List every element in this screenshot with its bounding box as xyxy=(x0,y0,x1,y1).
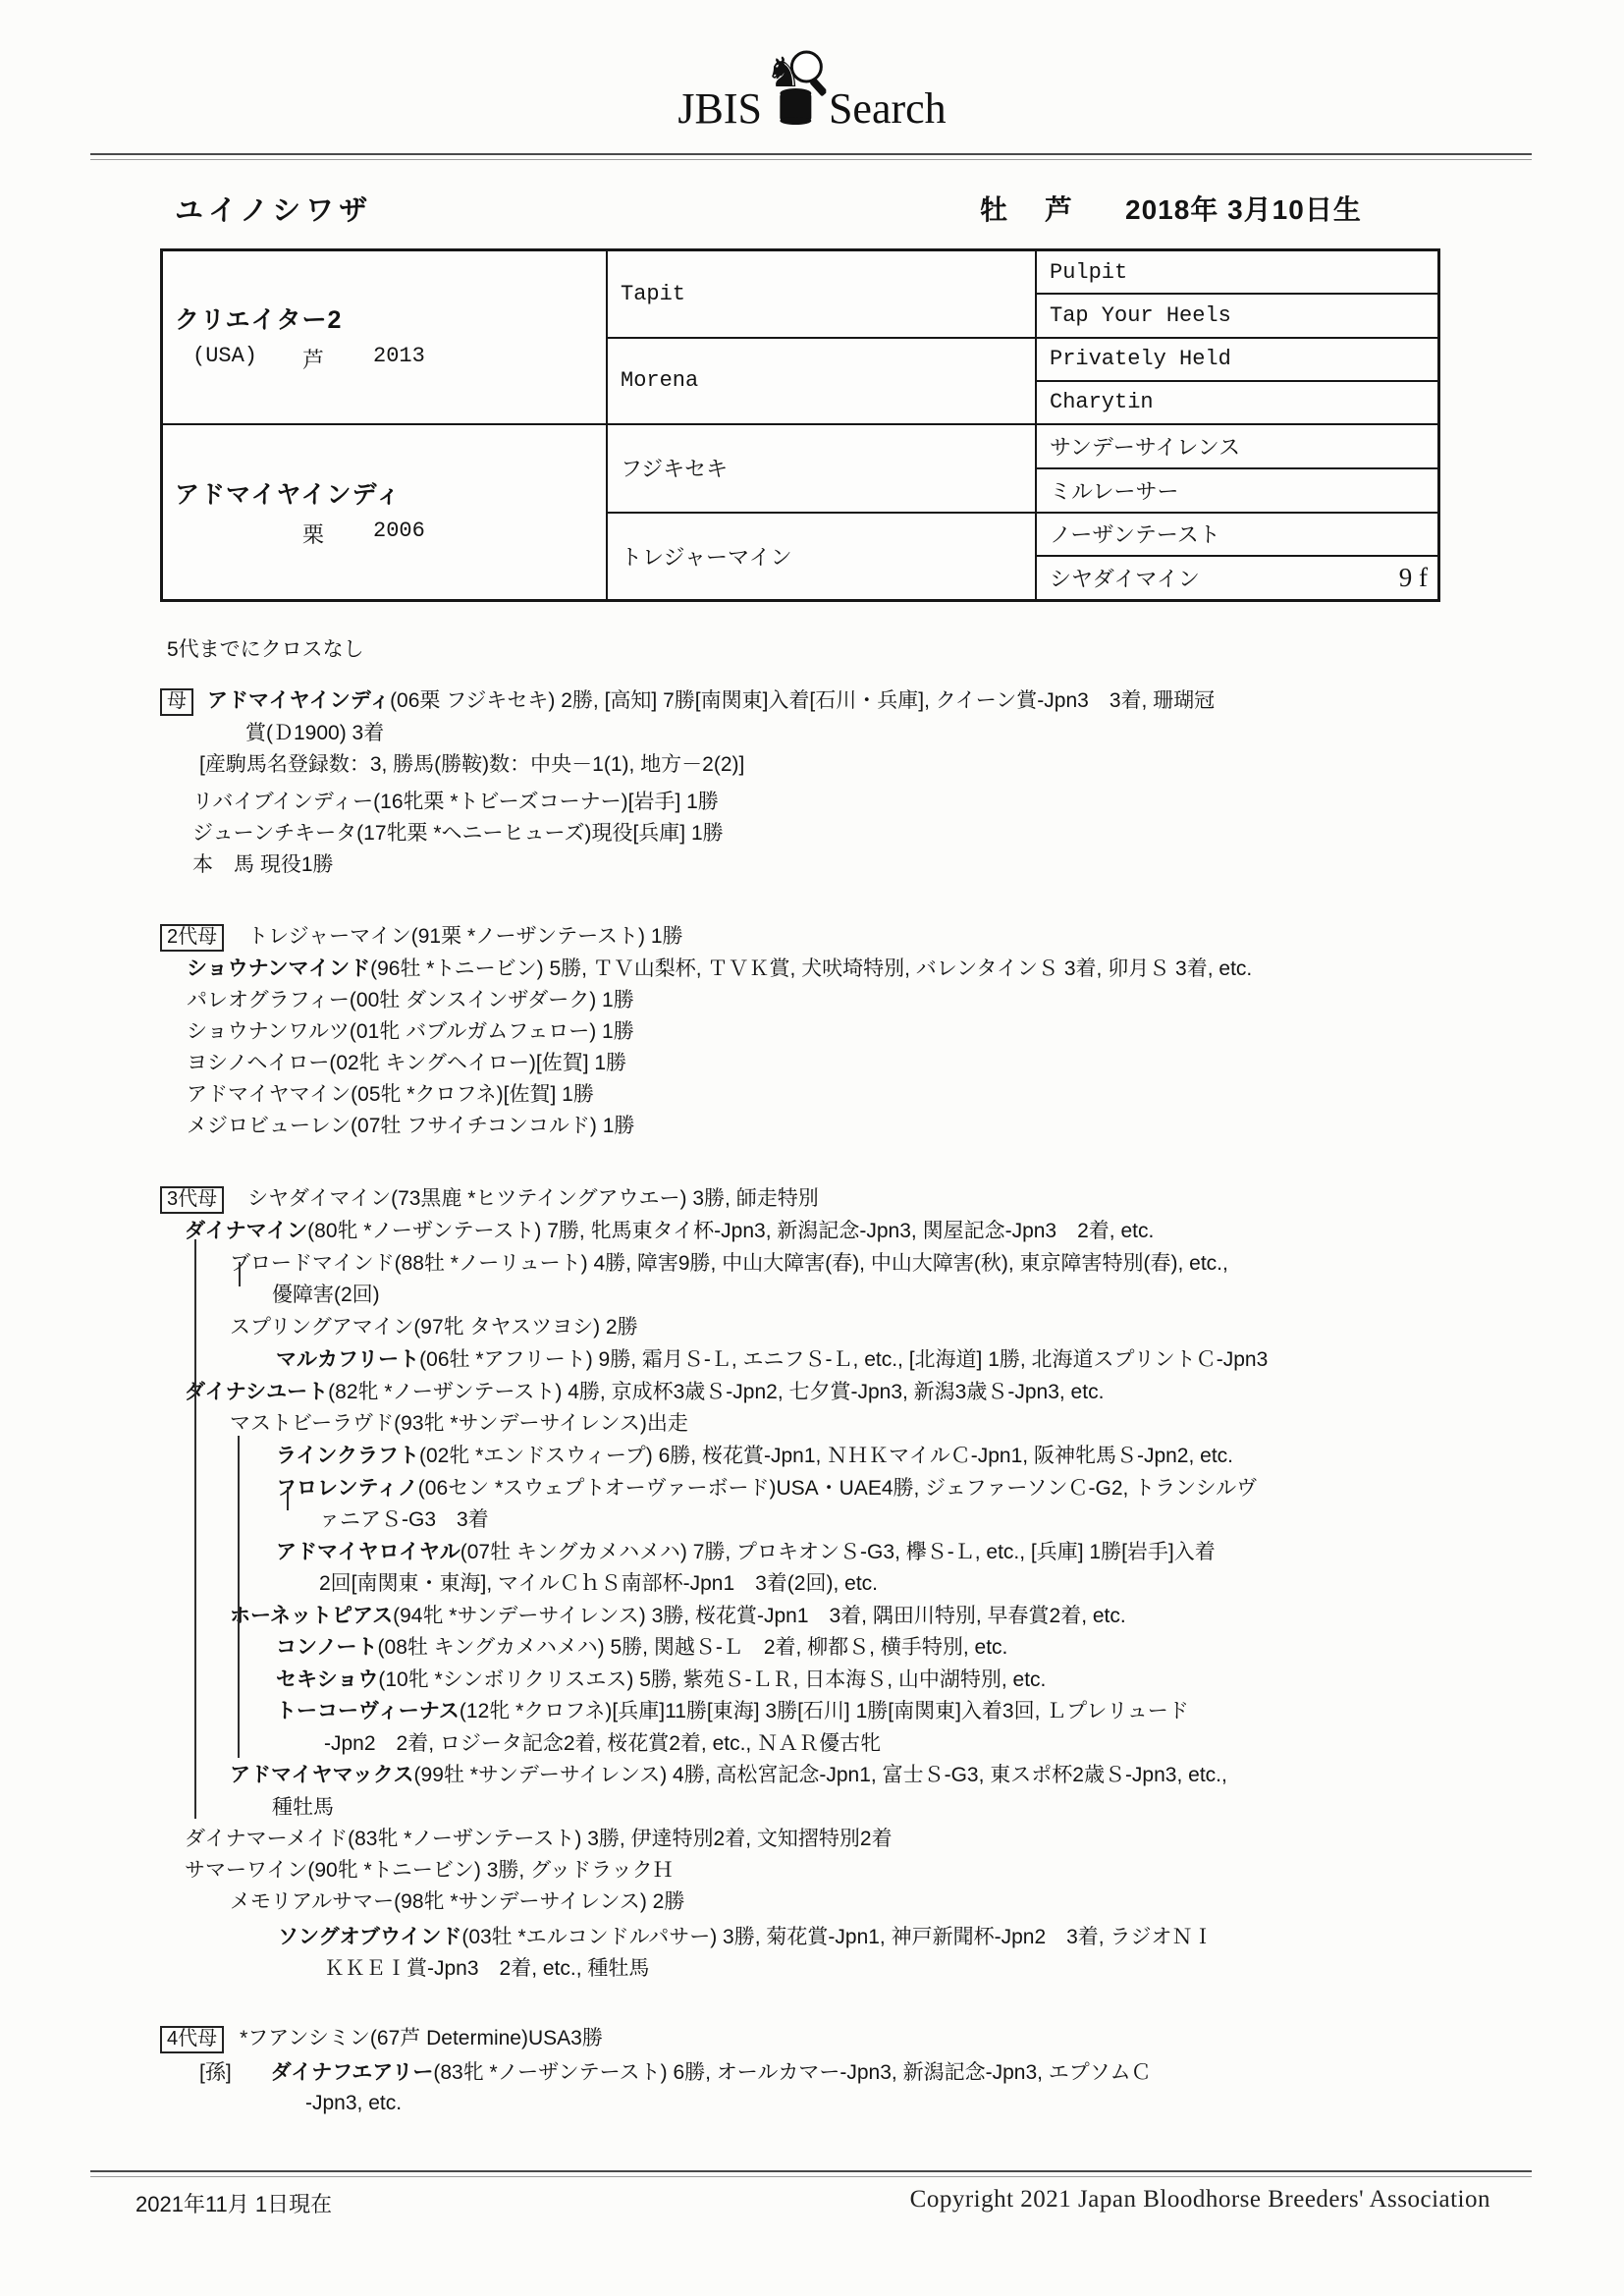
jbis-logo: JBIS ♞ Search xyxy=(677,47,946,131)
horse-name-bold: フロレンティノ xyxy=(276,1477,418,1500)
pedigree-text: サマーワイン(90牝 *トニービン) 3勝, グッドラックＨ xyxy=(185,1859,674,1882)
pedigree-line: 種牡馬 xyxy=(272,1794,334,1821)
cross-note: 5代までにクロスなし xyxy=(167,633,364,663)
pedigree-text: ＫＫＥＩ賞-Jpn3 2着, etc., 種牡馬 xyxy=(324,1957,649,1980)
pedigree-text: 種牡馬 xyxy=(272,1796,334,1819)
pedigree-cell-dam-dam-sire: ノーザンテースト xyxy=(1037,514,1437,558)
family-number: 9 f xyxy=(1399,563,1428,593)
horse-name-bold: ソングオブウインド xyxy=(278,1926,461,1948)
dam-coat: 栗 xyxy=(302,519,373,549)
sire-name: クリエイター2 xyxy=(163,301,606,336)
pedigree-line: ホーネットピアス(94牝 *サンデーサイレンス) 3勝, 桜花賞-Jpn1 3着… xyxy=(230,1603,1126,1629)
horse-coat: 芦 xyxy=(1045,189,1072,228)
pedigree-text: (10牝 *シンボリクリスエス) 5勝, 紫苑Ｓ-ＬＲ, 日本海Ｓ, 山中湖特別… xyxy=(378,1668,1046,1691)
pedigree-line: ショウナンマインド(96牡 *トニービン) 5勝, ＴＶ山梨杯, ＴＶＫ賞, 犬… xyxy=(187,956,1252,982)
pedigree-line: アドマイヤマックス(99牡 *サンデーサイレンス) 4勝, 高松宮記念-Jpn1… xyxy=(230,1762,1227,1788)
top-double-rule xyxy=(90,153,1532,160)
pedigree-text: (80牝 *ノーザンテースト) 7勝, 牝馬東タイ杯-Jpn3, 新潟記念-Jp… xyxy=(307,1220,1154,1242)
pedigree-text: (06栗 フジキセキ) 2勝, [高知] 7勝[南関東]入着[石川・兵庫], ク… xyxy=(390,689,1215,712)
pedigree-text: 優障害(2回) xyxy=(272,1284,380,1306)
pedigree-cell-dam-sire-sire: サンデーサイレンス xyxy=(1037,425,1437,469)
pedigree-cell-sire-dam-dam: Charytin xyxy=(1037,382,1437,423)
tree-connector-line xyxy=(287,1487,289,1510)
pedigree-line: ラインクラフト(02牝 *エンドスウィープ) 6勝, 桜花賞-Jpn1, ＮＨＫ… xyxy=(276,1443,1233,1469)
pedigree-line: ヨシノヘイロー(02牝 キングヘイロー)[佐賀] 1勝 xyxy=(187,1050,626,1076)
pedigree-line: アドマイヤマイン(05牝 *クロフネ)[佐賀] 1勝 xyxy=(187,1081,594,1108)
pedigree-line: ァニアＳ-G3 3着 xyxy=(319,1506,489,1533)
pedigree-text: (12牝 *クロフネ)[兵庫]11勝[東海] 3勝[石川] 1勝[南関東]入着3… xyxy=(460,1700,1189,1722)
pedigree-text: マストビーラヴド(93牝 *サンデーサイレンス)出走 xyxy=(230,1412,688,1435)
pedigree-text: アドマイヤマイン(05牝 *クロフネ)[佐賀] 1勝 xyxy=(187,1083,594,1106)
pedigree-text: *フアンシミン(67芦 Determine)USA3勝 xyxy=(240,2027,603,2050)
pedigree-cell-dam: アドマイヤインディ 栗 2006 xyxy=(163,425,608,599)
pedigree-line: アドマイヤロイヤル(07牡 キングカメハメハ) 7勝, プロキオンＳ-G3, 欅… xyxy=(276,1539,1216,1565)
horse-name-bold: ラインクラフト xyxy=(276,1445,419,1467)
pedigree-line: ＫＫＥＩ賞-Jpn3 2着, etc., 種牡馬 xyxy=(324,1955,649,1982)
sire-subinfo: (USA) 芦 2013 xyxy=(163,344,606,374)
horse-name-bold: ショウナンマインド xyxy=(187,957,370,980)
pedigree-line: ジューンチキータ(17牝栗 *ヘニーヒューズ)現役[兵庫] 1勝 xyxy=(192,820,724,847)
pedigree-table: クリエイター2 (USA) 芦 2013 Tapit Morena Pulpit… xyxy=(160,248,1440,602)
horse-profile: 牡 芦 2018年 3月10日生 xyxy=(980,189,1362,228)
dam-subinfo: 栗 2006 xyxy=(163,519,606,549)
horse-name-bold: マルカフリート xyxy=(276,1348,419,1371)
logo-search-text: Search xyxy=(829,87,947,131)
dam-name: アドマイヤインディ xyxy=(163,475,606,511)
pedigree-line: ショウナンワルツ(01牝 バブルガムフェロー) 1勝 xyxy=(187,1018,634,1045)
sire-coat: 芦 xyxy=(302,344,373,374)
pedigree-line: セキショウ(10牝 *シンボリクリスエス) 5勝, 紫苑Ｓ-ＬＲ, 日本海Ｓ, … xyxy=(276,1667,1046,1693)
pedigree-line: パレオグラフィー(00牡 ダンスインザダーク) 1勝 xyxy=(187,987,634,1013)
pedigree-cell-sire-sire-sire: Pulpit xyxy=(1037,251,1437,295)
horse-name-bold: ダイナマイン xyxy=(185,1220,307,1242)
pedigree-line: 賞(Ｄ1900) 3着 xyxy=(245,720,384,746)
pedigree-line: コンノート(08牡 キングカメハメハ) 5勝, 関越Ｓ-Ｌ 2着, 柳都Ｓ, 横… xyxy=(276,1634,1007,1661)
pedigree-line: [孫]ダイナフエアリー(83牝 *ノーザンテースト) 6勝, オールカマー-Jp… xyxy=(199,2059,1152,2086)
horse-name-bold: コンノート xyxy=(276,1636,378,1659)
tree-connector-line xyxy=(194,1239,196,1819)
pedigree-line: 3代母シヤダイマイン(73黒鹿 *ヒツテイングアウエー) 3勝, 師走特別 xyxy=(160,1185,819,1214)
page-title-horse-name: ユイノシワザ xyxy=(175,189,372,229)
pedigree-text: スプリングアマイン(97牝 タヤスツヨシ) 2勝 xyxy=(230,1316,638,1339)
footer-double-rule xyxy=(90,2170,1532,2177)
pedigree-line: ブロードマインド(88牡 *ノーリュート) 4勝, 障害9勝, 中山大障害(春)… xyxy=(230,1250,1228,1277)
horse-name-bold: ホーネットピアス xyxy=(230,1605,393,1627)
pedigree-line: -Jpn2 2着, ロジータ記念2着, 桜花賞2着, etc., ＮＡＲ優古牝 xyxy=(324,1730,881,1757)
generation-label: 3代母 xyxy=(160,1186,224,1214)
pedigree-sire-half: クリエイター2 (USA) 芦 2013 Tapit Morena Pulpit… xyxy=(163,251,1437,425)
pedigree-line: 優障害(2回) xyxy=(272,1282,380,1308)
pedigree-text: -Jpn2 2着, ロジータ記念2着, 桜花賞2着, etc., ＮＡＲ優古牝 xyxy=(324,1732,881,1755)
pedigree-cell-sire-sire: Tapit xyxy=(608,251,1035,339)
pedigree-line: リバイブインディー(16牝栗 *トビーズコーナー)[岩手] 1勝 xyxy=(192,789,719,815)
pedigree-text: (99牡 *サンデーサイレンス) 4勝, 高松宮記念-Jpn1, 富士Ｓ-G3,… xyxy=(414,1764,1227,1786)
generation-label: 2代母 xyxy=(160,924,224,952)
dam-origin xyxy=(192,519,302,549)
generation-label: 母 xyxy=(160,688,193,716)
pedigree-line: 母アドマイヤインディ(06栗 フジキセキ) 2勝, [高知] 7勝[南関東]入着… xyxy=(160,687,1215,716)
pedigree-text: ダイナマーメイド(83牝 *ノーザンテースト) 3勝, 伊達特別2着, 文知摺特… xyxy=(185,1828,893,1850)
pedigree-line: トーコーヴィーナス(12牝 *クロフネ)[兵庫]11勝[東海] 3勝[石川] 1… xyxy=(276,1698,1189,1724)
pedigree-text: (06牡 *アフリート) 9勝, 霜月Ｓ-Ｌ, エニフＳ-Ｌ, etc., [北… xyxy=(419,1348,1268,1371)
logo-horse-magnifier-icon: ♞ xyxy=(765,47,826,131)
pedigree-text: ジューンチキータ(17牝栗 *ヘニーヒューズ)現役[兵庫] 1勝 xyxy=(192,822,724,845)
horse-name-bold: トーコーヴィーナス xyxy=(276,1700,460,1722)
pedigree-text: (06セン *スウェプトオーヴァーボード)USA・UAE4勝, ジェファーソンＣ… xyxy=(418,1477,1257,1500)
pedigree-line: 2代母トレジャーマイン(91栗 *ノーザンテースト) 1勝 xyxy=(160,923,683,952)
pedigree-text: メジロビューレン(07牡 フサイチコンコルド) 1勝 xyxy=(187,1115,634,1137)
sire-year: 2013 xyxy=(373,344,425,374)
pedigree-text: 本 馬 現役1勝 xyxy=(192,853,334,876)
pedigree-text: メモリアルサマー(98牝 *サンデーサイレンス) 2勝 xyxy=(230,1890,684,1913)
dam-year: 2006 xyxy=(373,519,425,549)
pedigree-line: 2回[南関東・東海], マイルＣｈＳ南部杯-Jpn1 3着(2回), etc. xyxy=(319,1570,878,1597)
pedigree-line: 本 馬 現役1勝 xyxy=(192,851,334,878)
footer-date: 2021年11月 1日現在 xyxy=(135,2188,332,2218)
pedigree-line: -Jpn3, etc. xyxy=(305,2090,402,2116)
pedigree-cell-sire-dam: Morena xyxy=(608,339,1035,424)
pedigree-line: ダイナマイン(80牝 *ノーザンテースト) 7勝, 牝馬東タイ杯-Jpn3, 新… xyxy=(185,1218,1154,1244)
pedigree-text: 賞(Ｄ1900) 3着 xyxy=(245,722,384,744)
pedigree-text: ァニアＳ-G3 3着 xyxy=(319,1508,489,1531)
horse-name-bold: アドマイヤインディ xyxy=(207,689,390,712)
generation-label: 4代母 xyxy=(160,2026,224,2053)
horse-name-bold: ダイナシユート xyxy=(185,1381,328,1403)
pedigree-line: ソングオブウインド(03牡 *エルコンドルパサー) 3勝, 菊花賞-Jpn1, … xyxy=(278,1924,1213,1950)
pedigree-text: [産駒馬名登録数：3, 勝馬(勝鞍)数：中央－1(1), 地方－2(2)] xyxy=(199,753,744,776)
footer-copyright: Copyright 2021 Japan Bloodhorse Breeders… xyxy=(910,2186,1490,2214)
tree-connector-line xyxy=(239,1262,241,1286)
horse-birthdate: 2018年 3月10日生 xyxy=(1125,189,1362,228)
pedigree-line: マルカフリート(06牡 *アフリート) 9勝, 霜月Ｓ-Ｌ, エニフＳ-Ｌ, e… xyxy=(276,1346,1268,1373)
pedigree-cell-sire-dam-sire: Privately Held xyxy=(1037,339,1437,382)
sire-origin: (USA) xyxy=(192,344,302,374)
pedigree-text: (07牡 キングカメハメハ) 7勝, プロキオンＳ-G3, 欅Ｓ-Ｌ, etc.… xyxy=(460,1541,1216,1563)
pedigree-line: ダイナシユート(82牝 *ノーザンテースト) 4勝, 京成杯3歳Ｓ-Jpn2, … xyxy=(185,1379,1104,1405)
horse-name-bold: アドマイヤロイヤル xyxy=(276,1541,460,1563)
pedigree-cell-sire: クリエイター2 (USA) 芦 2013 xyxy=(163,251,608,423)
pedigree-line: マストビーラヴド(93牝 *サンデーサイレンス)出走 xyxy=(230,1410,688,1437)
pedigree-cell-dam-dam: トレジャーマイン xyxy=(608,514,1035,600)
pedigree-cell-sire-sire-dam: Tap Your Heels xyxy=(1037,295,1437,338)
tree-connector-line xyxy=(238,1436,240,1758)
pedigree-line: メモリアルサマー(98牝 *サンデーサイレンス) 2勝 xyxy=(230,1888,684,1915)
pedigree-text: (03牡 *エルコンドルパサー) 3勝, 菊花賞-Jpn1, 神戸新聞杯-Jpn… xyxy=(461,1926,1213,1948)
horse-name-bold: セキショウ xyxy=(276,1668,378,1691)
pedigree-line: サマーワイン(90牝 *トニービン) 3勝, グッドラックＨ xyxy=(185,1857,674,1884)
pedigree-text: -Jpn3, etc. xyxy=(305,2092,402,2114)
pedigree-text: (83牝 *ノーザンテースト) 6勝, オールカマー-Jpn3, 新潟記念-Jp… xyxy=(433,2061,1151,2084)
pedigree-text: (02牝 *エンドスウィープ) 6勝, 桜花賞-Jpn1, ＮＨＫマイルＣ-Jp… xyxy=(419,1445,1233,1467)
pedigree-text: 2回[南関東・東海], マイルＣｈＳ南部杯-Jpn1 3着(2回), etc. xyxy=(319,1572,878,1595)
logo-jbis-text: JBIS xyxy=(677,87,762,131)
pedigree-text: (08牡 キングカメハメハ) 5勝, 関越Ｓ-Ｌ 2着, 柳都Ｓ, 横手特別, … xyxy=(378,1636,1008,1659)
pedigree-line: ダイナマーメイド(83牝 *ノーザンテースト) 3勝, 伊達特別2着, 文知摺特… xyxy=(185,1826,893,1852)
pedigree-dam-half: アドマイヤインディ 栗 2006 フジキセキ トレジャーマイン サンデーサイレン… xyxy=(163,425,1437,599)
pedigree-line: フロレンティノ(06セン *スウェプトオーヴァーボード)USA・UAE4勝, ジ… xyxy=(276,1475,1257,1502)
pedigree-text: ヨシノヘイロー(02牝 キングヘイロー)[佐賀] 1勝 xyxy=(187,1052,626,1074)
dam-dam-dam-name: シヤダイマイン xyxy=(1050,563,1200,593)
pedigree-text: パレオグラフィー(00牡 ダンスインザダーク) 1勝 xyxy=(187,989,634,1011)
pedigree-cell-dam-dam-dam: シヤダイマイン 9 f xyxy=(1037,557,1437,599)
pedigree-text: (82牝 *ノーザンテースト) 4勝, 京成杯3歳Ｓ-Jpn2, 七夕賞-Jpn… xyxy=(328,1381,1104,1403)
pedigree-line: 4代母*フアンシミン(67芦 Determine)USA3勝 xyxy=(160,2025,603,2053)
pedigree-text: (96牡 *トニービン) 5勝, ＴＶ山梨杯, ＴＶＫ賞, 犬吠埼特別, バレン… xyxy=(370,957,1252,980)
pedigree-text: (94牝 *サンデーサイレンス) 3勝, 桜花賞-Jpn1 3着, 隅田川特別,… xyxy=(393,1605,1126,1627)
pedigree-text: [孫] xyxy=(199,2061,232,2084)
pedigree-text: ブロードマインド(88牡 *ノーリュート) 4勝, 障害9勝, 中山大障害(春)… xyxy=(230,1252,1228,1275)
pedigree-text: トレジャーマイン(91栗 *ノーザンテースト) 1勝 xyxy=(247,925,682,948)
horse-name-bold: ダイナフエアリー xyxy=(271,2061,434,2084)
pedigree-cell-dam-sire-dam: ミルレーサー xyxy=(1037,469,1437,514)
pedigree-text: ショウナンワルツ(01牝 バブルガムフェロー) 1勝 xyxy=(187,1020,634,1043)
pedigree-line: メジロビューレン(07牡 フサイチコンコルド) 1勝 xyxy=(187,1113,634,1139)
pedigree-text: シヤダイマイン(73黒鹿 *ヒツテイングアウエー) 3勝, 師走特別 xyxy=(247,1187,819,1210)
magnifier-icon xyxy=(791,52,821,82)
pedigree-line: スプリングアマイン(97牝 タヤスツヨシ) 2勝 xyxy=(230,1314,638,1340)
horse-sex: 牡 xyxy=(980,189,1007,228)
pedigree-text: リバイブインディー(16牝栗 *トビーズコーナー)[岩手] 1勝 xyxy=(192,791,719,813)
horse-name-bold: アドマイヤマックス xyxy=(230,1764,414,1786)
pedigree-line: [産駒馬名登録数：3, 勝馬(勝鞍)数：中央－1(1), 地方－2(2)] xyxy=(199,751,744,778)
pedigree-cell-dam-sire: フジキセキ xyxy=(608,425,1035,514)
